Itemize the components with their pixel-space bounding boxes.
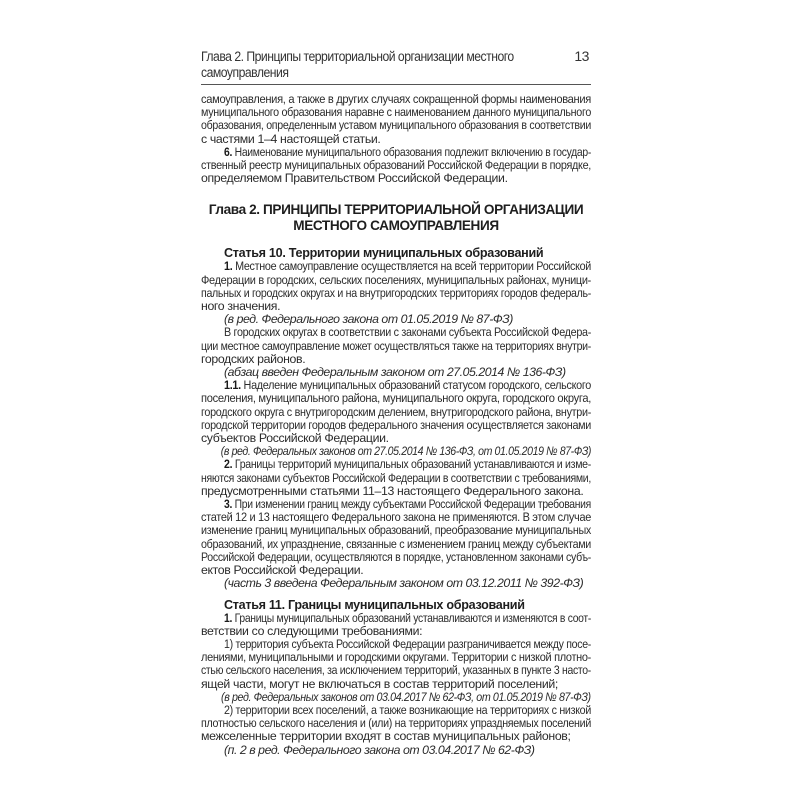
paragraph-number: 1. bbox=[224, 259, 232, 273]
paragraph-6: 6. Наименование муниципального образован… bbox=[201, 146, 591, 186]
chapter-heading-line: МЕСТНОГО САМОУПРАВЛЕНИЯ bbox=[201, 218, 591, 234]
text-line: Границы муниципальных образований устана… bbox=[232, 611, 591, 625]
text-line: межселенные территории входят в состав м… bbox=[201, 730, 591, 743]
text-line: образования, определенным уставом муници… bbox=[201, 119, 591, 132]
amendment-note: (п. 2 в ред. Федерального закона от 03.0… bbox=[201, 744, 591, 757]
paragraph-number: 1. bbox=[224, 611, 232, 625]
page-body: самоуправления, а также в других случаях… bbox=[201, 93, 591, 757]
text-line: няются законами субъектов Российской Фед… bbox=[201, 472, 591, 485]
amendment-note: (часть 3 введена Федеральным законом от … bbox=[201, 577, 591, 590]
paragraph-number: 2. bbox=[224, 457, 232, 471]
article-10-part-1: 1. Местное самоуправление осуществляется… bbox=[201, 260, 591, 326]
text-line: Наименование муниципального образования … bbox=[232, 145, 591, 159]
text-line: стью сельского населения, за исключением… bbox=[201, 664, 591, 677]
text-line: Границы территорий муниципальных образов… bbox=[232, 457, 591, 471]
article-10-part-1-paragraph-2: В городских округах в соответствии с зак… bbox=[201, 326, 591, 379]
article-11-part-1: 1. Границы муниципальных образований уст… bbox=[201, 612, 591, 638]
text-line: Местное самоуправление осуществляется на… bbox=[232, 259, 591, 273]
running-head: Глава 2. Принципы территориальной органи… bbox=[201, 48, 591, 85]
article-10-part-1-1: 1.1. Наделение муниципальных образований… bbox=[201, 379, 591, 458]
text-line: При изменении границ между субъектами Ро… bbox=[232, 497, 591, 511]
paragraph-number: 6. bbox=[224, 145, 232, 159]
chapter-heading-line: Глава 2. ПРИНЦИПЫ ТЕРРИТОРИАЛЬНОЙ ОРГАНИ… bbox=[201, 202, 591, 218]
article-10-part-3: 3. При изменении границ между субъектами… bbox=[201, 498, 591, 590]
article-10-heading: Статья 10. Территории муниципальных обра… bbox=[201, 246, 591, 260]
text-line: ственный реестр муниципальных образовани… bbox=[201, 159, 591, 172]
text-line: пальных и городских округах и на внутриг… bbox=[201, 287, 591, 300]
running-head-title: Глава 2. Принципы территориальной органи… bbox=[201, 49, 541, 81]
article-10-part-2: 2. Границы территорий муниципальных обра… bbox=[201, 458, 591, 498]
paragraph-number: 1.1. bbox=[224, 378, 241, 392]
book-page: Глава 2. Принципы территориальной органи… bbox=[201, 48, 591, 757]
article-11-item-1: 1) территория субъекта Российской Федера… bbox=[201, 638, 591, 704]
text-line: ции местное самоуправление может осущест… bbox=[201, 340, 591, 353]
text-line: Наделение муниципальных образований стат… bbox=[241, 378, 591, 392]
text-line: городской территории городов федеральног… bbox=[201, 419, 591, 432]
text-line: определяемом Правительством Российской Ф… bbox=[201, 172, 591, 185]
text-line: плотностью сельского населения и (или) н… bbox=[201, 717, 591, 730]
text-line: Российской Федерации, осуществляются в п… bbox=[201, 551, 591, 564]
article-11-heading: Статья 11. Границы муниципальных образов… bbox=[201, 598, 591, 612]
page-number: 13 bbox=[574, 48, 591, 64]
intro-paragraph: самоуправления, а также в других случаях… bbox=[201, 93, 591, 146]
article-11-item-2: 2) территории всех поселений, а также во… bbox=[201, 704, 591, 757]
paragraph-number: 3. bbox=[224, 497, 232, 511]
chapter-heading: Глава 2. ПРИНЦИПЫ ТЕРРИТОРИАЛЬНОЙ ОРГАНИ… bbox=[201, 202, 591, 233]
